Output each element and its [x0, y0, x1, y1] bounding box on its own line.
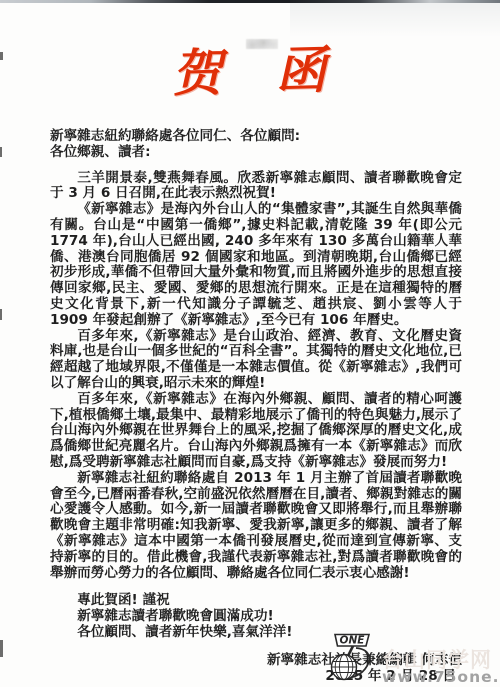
- salutation-block: 新寧雜志紐約聯絡處各位同仁、各位顧問:各位鄉親、讀者:: [50, 129, 462, 161]
- closing-line: 新寧雜志讀者聯歡晚會圓滿成功!: [50, 609, 462, 625]
- scan-artifact-left-tick: [0, 640, 3, 657]
- scan-artifact-top-edge: [0, 0, 500, 3]
- paragraph: 新寧雜志社紐約聯絡處自 2013 年 1 月主辦了首屆讀者聯歡晚會至今,已曆兩番…: [50, 471, 462, 582]
- paragraph: 三羊開景泰,雙燕舞春風。欣悉新寧雜志顧問、讀者聯歡晚會定于 3 月 6 日召開,…: [50, 171, 462, 203]
- scan-artifact-left-tick: [0, 147, 2, 157]
- letter-paragraphs: 三羊開景泰,雙燕舞春風。欣悉新寧雜志顧問、讀者聯歡晚會定于 3 月 6 日召開,…: [50, 171, 462, 582]
- letter-title: 贺 函: [0, 35, 500, 108]
- watermark-site-name: 台山同学网: [382, 650, 500, 670]
- scan-artifact-tint: [290, 3, 500, 37]
- letter-body: 新寧雜志紐約聯絡處各位同仁、各位顧問:各位鄉親、讀者: 三羊開景泰,雙燕舞春風。…: [50, 129, 462, 684]
- salutation-line: 新寧雜志紐約聯絡處各位同仁、各位顧問:: [50, 129, 462, 145]
- 75one-logo-icon: ONE: [322, 631, 380, 683]
- paragraph: 百多年來,《新寧雜志》在海內外鄉親、顧問、讀者的精心呵護下,植根僑鄉土壤,最集中…: [50, 392, 462, 471]
- watermark-url: www.75one.cn: [382, 669, 500, 685]
- logo-one-text: ONE: [340, 635, 366, 647]
- watermark-75one: ONE 台山同学网 www.75one.cn: [322, 631, 500, 685]
- salutation-line: 各位鄉親、讀者:: [50, 145, 462, 161]
- paragraph: 百多年來,《新寧雜志》是台山政治、經濟、教育、文化曆史資料庫,也是台山一個多世紀…: [50, 329, 462, 392]
- watermark-text: 台山同学网 www.75one.cn: [382, 650, 500, 685]
- scan-artifact-left-tick: [0, 309, 2, 320]
- closing-line: 專此賀函! 謹祝: [50, 593, 462, 609]
- scanned-letter-page: 贺 函 新寧雜志紐約聯絡處各位同仁、各位顧問:各位鄉親、讀者: 三羊開景泰,雙燕…: [0, 0, 500, 687]
- paragraph: 《新寧雜志》是海內外台山人的“集體家書”,其誕生自然與華僑有關。台山是“中國第一…: [50, 202, 462, 328]
